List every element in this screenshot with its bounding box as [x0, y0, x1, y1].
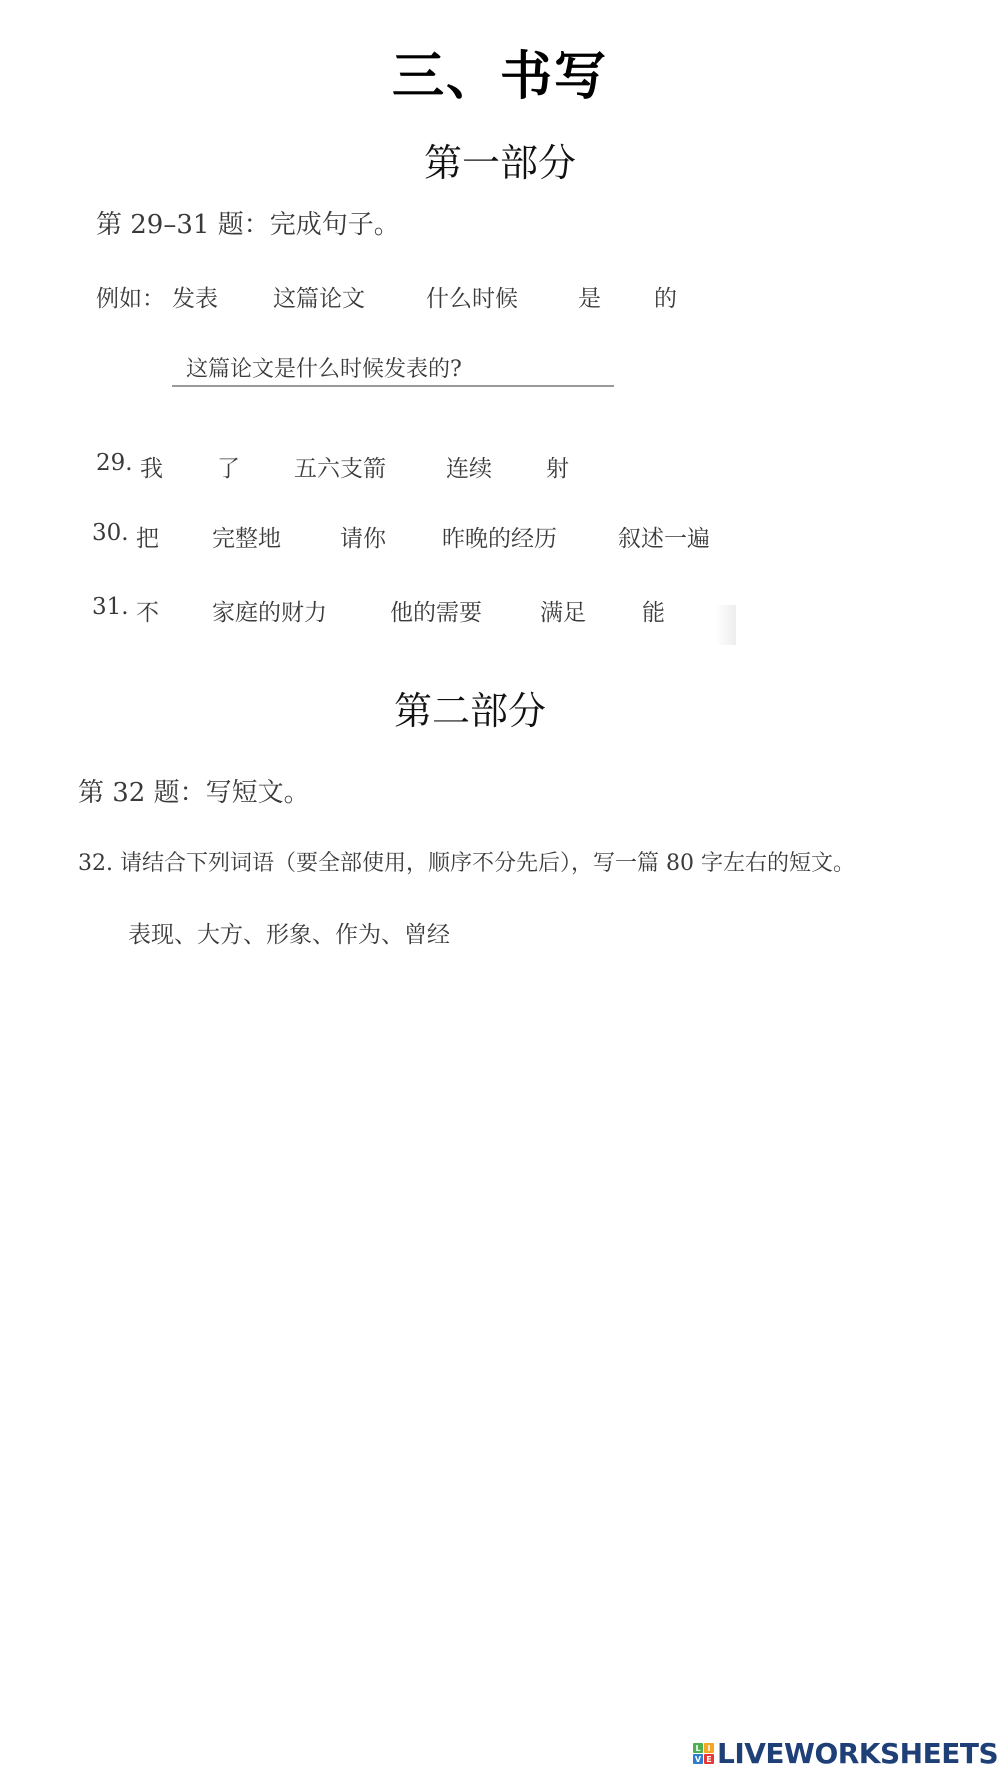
question-word: 昨晚的经历: [442, 520, 557, 553]
part2-heading: 第二部分: [0, 680, 940, 735]
question-word: 把: [136, 520, 159, 553]
question-number: 30.: [92, 520, 129, 546]
logo-letter-l: L: [693, 1743, 703, 1753]
question-number: 31.: [92, 594, 129, 620]
logo-letter-e: E: [704, 1754, 714, 1764]
part1-instruction: 第 29–31 题：完成句子。: [96, 204, 400, 241]
question-word: 能: [642, 594, 665, 627]
example-label: 例如：: [96, 280, 165, 313]
question-word: 叙述一遍: [618, 520, 710, 553]
question-word: 满足: [540, 594, 586, 627]
example-row: 例如： 发表 这篇论文 什么时候 是 的: [96, 280, 716, 312]
logo-letter-v: V: [693, 1754, 703, 1764]
question-word: 了: [217, 450, 240, 483]
question-30: 30. 把 完整地 请你 昨晚的经历 叙述一遍: [92, 520, 732, 552]
page-title: 三、书写: [0, 34, 1000, 109]
example-answer: 这篇论文是什么时候发表的?: [172, 352, 614, 387]
question-31: 31. 不 家庭的财力 他的需要 满足 能: [92, 594, 732, 626]
question-word: 他的需要: [390, 594, 482, 627]
question-word: 五六支箭: [294, 450, 386, 483]
part1-heading: 第一部分: [0, 132, 1000, 187]
example-word: 这篇论文: [273, 280, 365, 313]
example-word: 的: [654, 280, 677, 313]
example-word: 发表: [172, 280, 218, 313]
part2-instruction: 第 32 题：写短文。: [78, 772, 310, 809]
brand-text: LIVEWORKSHEETS: [717, 1737, 998, 1770]
question-word: 我: [140, 450, 163, 483]
logo-letter-i: I: [704, 1743, 714, 1753]
example-word: 是: [578, 280, 601, 313]
question-word: 不: [136, 594, 159, 627]
question-word: 请你: [340, 520, 386, 553]
question-number: 29.: [96, 450, 133, 476]
example-word: 什么时候: [426, 280, 518, 313]
question-word: 射: [546, 450, 569, 483]
liveworksheets-logo: L I V E LIVEWORKSHEETS: [693, 1737, 998, 1770]
scan-edge-shadow: [716, 605, 736, 645]
logo-icon: L I V E: [693, 1743, 714, 1764]
question-word: 家庭的财力: [212, 594, 327, 627]
keywords: 表现、大方、形象、作为、曾经: [128, 916, 450, 949]
question-29: 29. 我 了 五六支箭 连续 射: [96, 450, 716, 482]
question-32: 32. 请结合下列词语（要全部使用，顺序不分先后），写一篇 80 字左右的短文。: [78, 846, 855, 877]
question-word: 完整地: [212, 520, 281, 553]
question-word: 连续: [446, 450, 492, 483]
